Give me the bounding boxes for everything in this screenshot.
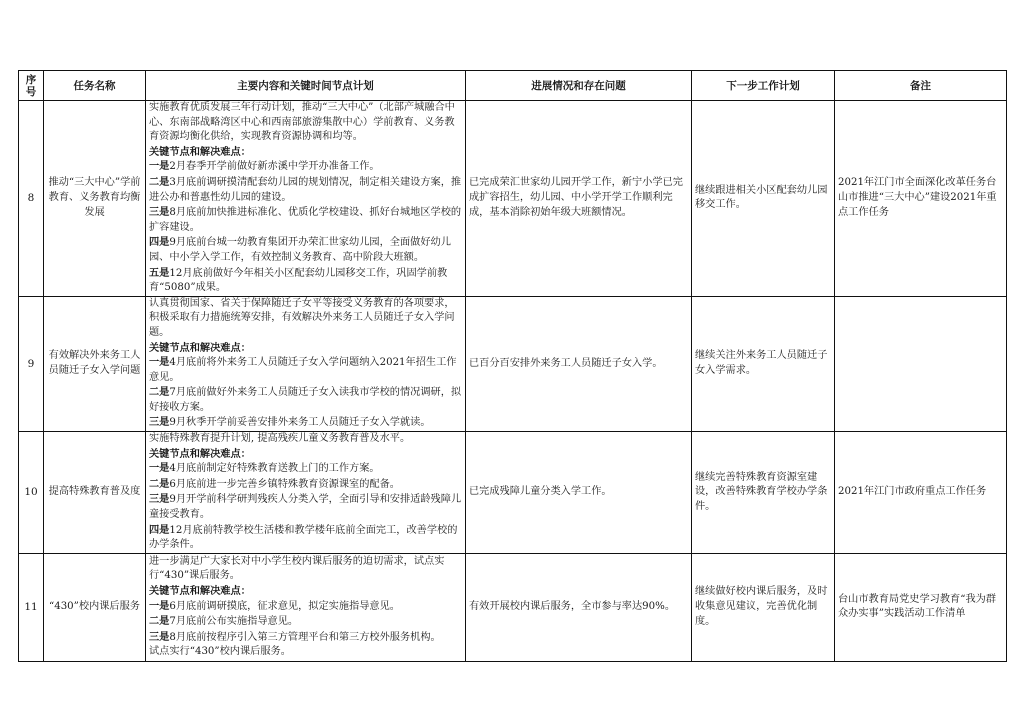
key-points-heading: 关键节点和解决难点： [149, 584, 462, 599]
key-point-label: 一是 [149, 600, 169, 612]
header-content-plan: 主要内容和关键时间节点计划 [146, 71, 466, 101]
key-point: 四是9月底前台城一幼教育集团开办荣汇世家幼儿园，全面做好幼儿园、中小学入学工作，… [149, 235, 462, 265]
task-table: 序号 任务名称 主要内容和关键时间节点计划 进展情况和存在问题 下一步工作计划 … [18, 70, 1007, 662]
table-row: 8 推动“三大中心”学前教育、义务教育均衡发展 实施教育优质发展三年行动计划，推… [19, 101, 1007, 297]
table-row: 9 有效解决外来务工人员随迁子女入学问题 认真贯彻国家、省关于保障随迁子女平等接… [19, 296, 1007, 431]
key-point: 一是6月底前调研摸底，征求意见，拟定实施指导意见。 [149, 599, 462, 615]
row-progress: 有效开展校内课后服务，全市参与率达90%。 [466, 553, 692, 661]
key-point-text: 6月底前调研摸底，征求意见，拟定实施指导意见。 [169, 601, 400, 612]
row-next-plan: 继续做好校内课后服务，及时收集意见建议，完善优化制度。 [692, 553, 835, 661]
key-point-label: 三是 [149, 416, 169, 428]
key-points-heading: 关键节点和解决难点： [149, 341, 462, 356]
key-point-text: 7月底前做好外来务工人员随迁子女入读我市学校的情况调研，拟好接收方案。 [149, 387, 461, 413]
key-points-heading: 关键节点和解决难点： [149, 145, 462, 160]
key-point-text: 4月底前将外来务工人员随迁子女入学问题纳入2021年招生工作意见。 [149, 357, 456, 383]
content-intro: 进一步满足广大家长对中小学生校内课后服务的迫切需求，试点实行“430”课后服务。 [149, 555, 462, 584]
row-next-plan: 继续跟进相关小区配套幼儿园移交工作。 [692, 101, 835, 297]
row-remark: 2021年江门市全面深化改革任务台山市推进“三大中心”建设2021年重点工作任务 [835, 101, 1007, 297]
row-seq: 9 [19, 296, 44, 431]
row-progress: 已完成残障儿童分类入学工作。 [466, 432, 692, 554]
key-point-text: 4月底前制定好特殊教育送教上门的工作方案。 [169, 463, 379, 474]
key-point: 一是4月底前制定好特殊教育送教上门的工作方案。 [149, 461, 462, 477]
table-header-row: 序号 任务名称 主要内容和关键时间节点计划 进展情况和存在问题 下一步工作计划 … [19, 71, 1007, 101]
key-point-label: 二是 [149, 478, 169, 490]
row-task-name: 推动“三大中心”学前教育、义务教育均衡发展 [44, 101, 146, 297]
key-point: 三是8月底前加快推进标准化、优质化学校建设、抓好台城地区学校的扩容建设。 [149, 205, 462, 235]
key-point: 二是7月底前公布实施指导意见。 [149, 614, 462, 630]
header-progress: 进展情况和存在问题 [466, 71, 692, 101]
header-task-name: 任务名称 [44, 71, 146, 101]
header-seq: 序号 [19, 71, 44, 101]
row-progress: 已百分百安排外来务工人员随迁子女入学。 [466, 296, 692, 431]
key-point: 二是3月底前调研摸清配套幼儿园的规划情况，制定相关建设方案，推进公办和普惠性幼儿… [149, 175, 462, 205]
key-point-label: 二是 [149, 615, 169, 627]
key-point-label: 四是 [149, 524, 169, 536]
key-points-heading: 关键节点和解决难点： [149, 447, 462, 462]
row-next-plan: 继续完善特殊教育资源室建设，改善特殊教育学校办学条件。 [692, 432, 835, 554]
key-point: 三是9月开学前科学研判残疾人分类入学，全面引导和安排适龄残障儿童接受教育。 [149, 492, 462, 522]
key-point: 一是4月底前将外来务工人员随迁子女入学问题纳入2021年招生工作意见。 [149, 355, 462, 385]
row-remark: 台山市教育局党史学习教育“我为群众办实事”实践活动工作清单 [835, 553, 1007, 661]
key-point-text: 6月底前进一步完善乡镇特殊教育资源课室的配备。 [169, 479, 400, 490]
key-point-label: 三是 [149, 206, 169, 218]
key-point: 三是8月底前按程序引入第三方管理平台和第三方校外服务机构。 [149, 630, 462, 646]
row-seq: 11 [19, 553, 44, 661]
key-point-label: 一是 [149, 462, 169, 474]
row-content-plan: 实施特殊教育提升计划, 提高残疾儿童义务教育普及水平。 关键节点和解决难点： 一… [146, 432, 466, 554]
content-intro: 实施特殊教育提升计划, 提高残疾儿童义务教育普及水平。 [149, 432, 462, 447]
key-point: 四是12月底前特教学校生活楼和教学楼年底前全面完工，改善学校的办学条件。 [149, 523, 462, 553]
header-remark: 备注 [835, 71, 1007, 101]
key-point: 二是7月底前做好外来务工人员随迁子女入读我市学校的情况调研，拟好接收方案。 [149, 385, 462, 415]
table-row: 11 “430”校内课后服务 进一步满足广大家长对中小学生校内课后服务的迫切需求… [19, 553, 1007, 661]
row-seq: 8 [19, 101, 44, 297]
key-point-label: 二是 [149, 386, 169, 398]
key-point-text: 7月底前公布实施指导意见。 [169, 616, 298, 627]
content-intro: 认真贯彻国家、省关于保障随迁子女平等接受义务教育的各项要求，积极采取有力措施统筹… [149, 297, 462, 341]
header-next-plan: 下一步工作计划 [692, 71, 835, 101]
key-point-label: 一是 [149, 160, 169, 172]
key-point-text: 12月底前做好今年相关小区配套幼儿园移交工作，巩固学前教育“5080”成果。 [149, 268, 447, 294]
key-point: 一是2月春季开学前做好新赤溪中学开办准备工作。 [149, 159, 462, 175]
key-point-text: 9月底前台城一幼教育集团开办荣汇世家幼儿园，全面做好幼儿园、中小学入学工作，有效… [149, 237, 451, 263]
row-remark [835, 296, 1007, 431]
row-task-name: 提高特殊教育普及度 [44, 432, 146, 554]
key-point: 三是9月秋季开学前妥善安排外来务工人员随迁子女入学就读。 [149, 415, 462, 431]
content-intro: 实施教育优质发展三年行动计划，推动“三大中心”（北部产城融合中心、东南部战略湾区… [149, 101, 462, 145]
key-point-text: 8月底前加快推进标准化、优质化学校建设、抓好台城地区学校的扩容建设。 [149, 207, 461, 233]
row-task-name: 有效解决外来务工人员随迁子女入学问题 [44, 296, 146, 431]
key-point-text: 3月底前调研摸清配套幼儿园的规划情况，制定相关建设方案，推进公办和普惠性幼儿园的… [149, 177, 461, 203]
key-point-label: 三是 [149, 493, 169, 505]
row-next-plan: 继续关注外来务工人员随迁子女入学需求。 [692, 296, 835, 431]
key-point-text: 2月春季开学前做好新赤溪中学开办准备工作。 [169, 161, 379, 172]
key-point-text: 9月秋季开学前妥善安排外来务工人员随迁子女入学就读。 [169, 417, 430, 428]
row-content-plan: 实施教育优质发展三年行动计划，推动“三大中心”（北部产城融合中心、东南部战略湾区… [146, 101, 466, 297]
key-point-text: 8月底前按程序引入第三方管理平台和第三方校外服务机构。 [169, 632, 440, 643]
key-point-label: 四是 [149, 236, 169, 248]
row-seq: 10 [19, 432, 44, 554]
content-tail: 试点实行“430”校内课后服务。 [149, 645, 462, 660]
key-point-label: 三是 [149, 631, 169, 643]
key-point: 五是12月底前做好今年相关小区配套幼儿园移交工作，巩固学前教育“5080”成果。 [149, 266, 462, 296]
key-point-text: 9月开学前科学研判残疾人分类入学，全面引导和安排适龄残障儿童接受教育。 [149, 494, 461, 520]
key-point-text: 12月底前特教学校生活楼和教学楼年底前全面完工，改善学校的办学条件。 [149, 525, 457, 551]
row-content-plan: 进一步满足广大家长对中小学生校内课后服务的迫切需求，试点实行“430”课后服务。… [146, 553, 466, 661]
row-task-name: “430”校内课后服务 [44, 553, 146, 661]
key-point: 二是6月底前进一步完善乡镇特殊教育资源课室的配备。 [149, 477, 462, 493]
row-progress: 已完成荣汇世家幼儿园开学工作，新宁小学已完成扩容招生，幼儿园、中小学开学工作顺利… [466, 101, 692, 297]
key-point-label: 二是 [149, 176, 169, 188]
key-point-label: 五是 [149, 267, 169, 279]
key-point-label: 一是 [149, 356, 169, 368]
table-row: 10 提高特殊教育普及度 实施特殊教育提升计划, 提高残疾儿童义务教育普及水平。… [19, 432, 1007, 554]
row-content-plan: 认真贯彻国家、省关于保障随迁子女平等接受义务教育的各项要求，积极采取有力措施统筹… [146, 296, 466, 431]
row-remark: 2021年江门市政府重点工作任务 [835, 432, 1007, 554]
